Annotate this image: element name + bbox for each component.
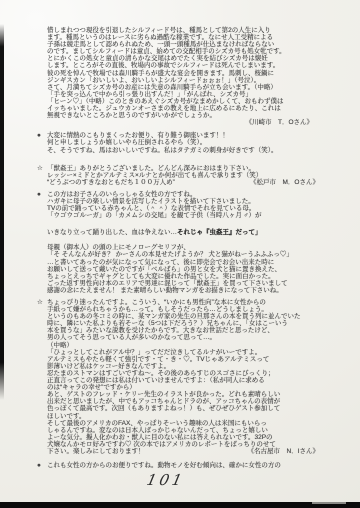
scanned-page: 惜しまれつつ現役を引退したシルフィード号は、種馬として第2の人生に入ります。種馬… <box>0 0 360 508</box>
text-line: 何と申しましょうか嬉しいやら圧倒されるやら（笑）。 <box>47 139 321 146</box>
scan-edge-left <box>0 24 4 400</box>
letter-2: ☆ 「獣姦王」ありがとうございました。どんどん深みにおはまり下さい。レッシー×ミ… <box>47 165 321 186</box>
text-line: ほしいです。 <box>47 413 321 420</box>
letter-2-lines: 「獣姦王」ありがとうございました。どんどん深みにおはまり下さい。レッシー×ミドと… <box>47 165 321 179</box>
text-line: 感謝の念にたえません！ また素晴らしい動物マンガをお描きになって下さいね。 <box>47 287 321 294</box>
text-line: これも女性の方からのお便りですね。動物モノを好む傾向は、確かに女性の方の <box>47 462 321 469</box>
bullet-icon: ● <box>37 132 47 139</box>
signoff: 下さい。楽しみにしております！ <box>47 448 145 455</box>
star-icon: ☆ <box>37 299 47 306</box>
signoff: “どうぶつのすきなおともだち１００万人め” <box>47 179 175 186</box>
scan-edge-bottom <box>0 502 360 508</box>
attribution: 《松戸市 M．Oさん》 <box>250 179 319 186</box>
text-line: 「獣姦王」ありがとうございました。どんどん深みにおはまり下さい。 <box>47 165 321 172</box>
text-line: （中略） <box>47 342 321 349</box>
letter-2-signoff-row: “どうぶつのすきなおともだち１００万人め” 《松戸市 M．Oさん》 <box>47 179 321 186</box>
page-text: 惜しまれつつ現役を引退したシルフィード号は、種馬として第2の人生に入ります。種馬… <box>47 27 321 469</box>
text-line: アルテミスもやたら軽くて強引です・て・き・♡。TVじゃあアルテミスって <box>47 356 321 363</box>
text-line: 無視できないところかと思うのですがいかがでしょうか。 <box>47 112 321 119</box>
text-line: ハガキに母子の楽しい情景を活写したイラストを描いて下さいました。 <box>47 198 321 205</box>
letter-3-lines: ちょっぴり迷ったんですよ。こういう、“いかにも男性向”な本に女性からの手紙って嫌… <box>47 299 321 448</box>
page-number: 101 <box>145 471 186 489</box>
reply-1: ● 大変に情熱のこもりまくったお便り、有り難う御座います！！何と申しましょうか嬉… <box>47 132 321 153</box>
text-line: 「ウゴウゴルーガ」の「カメムシの交尾」を観て子供（当時八ヶ月 ♂）が <box>47 212 321 219</box>
text-line: 色っぽくて最高です。次回（もありますよねっ！）も、ぜひぜひゲスト参加して <box>47 405 321 412</box>
attribution: 《川崎市 T．Oさん》 <box>47 119 321 126</box>
quote-bold: それじゃ『虫姦王』だって」 <box>177 229 262 236</box>
text-line: 忍たまのストマンはすごいですね～。その後のあらすじのスゴさにびっくり； <box>47 370 321 377</box>
text-line: さて、月満ちてシズカ号のお産には失意の森川騎手らが立ち会います。（中略） <box>47 84 321 91</box>
text-line: レッシー×ミドとかアルテミス×ルナとか何が出ても喜んで承ります（笑） <box>47 172 321 179</box>
text-line: ごった返す男性向け本のエリアで男達に混じって「獣姦王」を買って下さいまして <box>47 280 321 287</box>
text-line: そ、そうですね、馬はおいしいですね。私はタテガミの刺身が好きです（笑）。 <box>47 147 321 154</box>
reply-3: ● これも女性の方からのお便りですね。動物モノを好む傾向は、確かに女性の方の <box>47 462 321 469</box>
reply-2-lines: この方はお子さんのいらっしゃる女性の方ですね。ハガキに母子の楽しい情景を活写した… <box>47 191 321 219</box>
text-line: 彼の死を悼んで牧場では森川騎手らが盛大な宴会を開きます。馬刺し、桜鍋に <box>47 70 321 77</box>
reply-1-lines: 大変に情熱のこもりまくったお便り、有り難う御座います！！何と申しましょうか嬉しい… <box>47 132 321 153</box>
text-line: お願いして送って戴いたのですが「ベルばら」の男と女を犬と猫に置き換えた、 <box>47 266 321 273</box>
text-line: 「手を突っ込んで中から引っ張り出すんだ！」「がんばれ、シズカ号」 <box>47 91 321 98</box>
text-line: ちょっとえっちでギャグとしても大変に優れた作品でした。実に面白かった。 <box>47 273 321 280</box>
letter-3: ☆ ちょっぴり迷ったんですよ。こういう、“いかにも男性向”な本に女性からの手紙っ… <box>47 299 321 455</box>
reply-2-continued: 母親（御本人）の頭の上にモノローグセリフが、「そ そんなんが好き？ かーさんの本… <box>47 244 321 294</box>
quote-line: いきなり立って踊り出した、血は争えない…それじゃ『虫姦王』だって」 <box>47 229 321 236</box>
text-line: 「そ そんなんが好き？ かーさんの本見せたげようか？ 犬と猫がねーうふふふっ♡」 <box>47 251 321 258</box>
letter-silpheed: 惜しまれつつ現役を引退したシルフィード号は、種馬として第2の人生に入ります。種馬… <box>47 27 321 119</box>
text-line: 犬嬢なんかモロ好みですわ♡ 次の本ではアメリカのレポートをばっちりのせて <box>47 441 321 448</box>
text-line: します。ところがその直後、牧場内の事故でシルフィードは死んでしまいます。 <box>47 62 321 69</box>
text-line: よーな気分。擬人化かわお・獣人に目のない私には答えられないです。32Pの <box>47 434 321 441</box>
text-line: …と書いてあったのが気になって気になって、後に即売会でお会い出来た時に <box>47 259 321 266</box>
attribution: 《名古屋市 N．Iさん》 <box>248 448 320 455</box>
text-line: 「ひょっとしてこれがアル中？」ってだだ泣きしてるルナがいーですよ。 <box>47 349 321 356</box>
text-line: 男の人ってそう思っている人が多いのかなって思って…。 <box>47 334 321 341</box>
letter-3-signoff-row: 下さい。楽しみにしております！ 《名古屋市 N．Iさん》 <box>47 448 321 455</box>
reply-3-lines: これも女性の方からのお便りですね。動物モノを好む傾向は、確かに女性の方の <box>47 462 321 469</box>
reply-2: ● この方はお子さんのいらっしゃる女性の方ですね。ハガキに母子の楽しい情景を活写… <box>47 191 321 219</box>
star-icon: ☆ <box>37 165 47 172</box>
text-line: そして最後のアメリカのFAX、やっぱりそーいう趣味の人は米国にもいらっ <box>47 420 321 427</box>
text-line: しゃるんですね。変なのは日本人ばっかじゃないんだって、ちょっと嬉しい <box>47 427 321 434</box>
text-line: ジンギスカン「おいしいよ、おいしいよシルフィードぉぉぉ！」（号泣）。 <box>47 77 321 84</box>
text-line: この方はお子さんのいらっしゃる女性の方ですね。 <box>47 191 321 198</box>
bullet-icon: ● <box>37 191 47 198</box>
text-line: 「ヒーン♡」（中略）このときのあえぐシズカ号がなまめかしくて、おもわず僕は <box>47 98 321 105</box>
scan-edge-notch <box>312 502 346 504</box>
bullet-icon: ● <box>37 462 47 469</box>
quote-normal: いきなり立って踊り出した、血は争えない… <box>47 229 177 236</box>
text-line: 影薄いけど私はケッコー好きなんですよ。 <box>47 363 321 370</box>
